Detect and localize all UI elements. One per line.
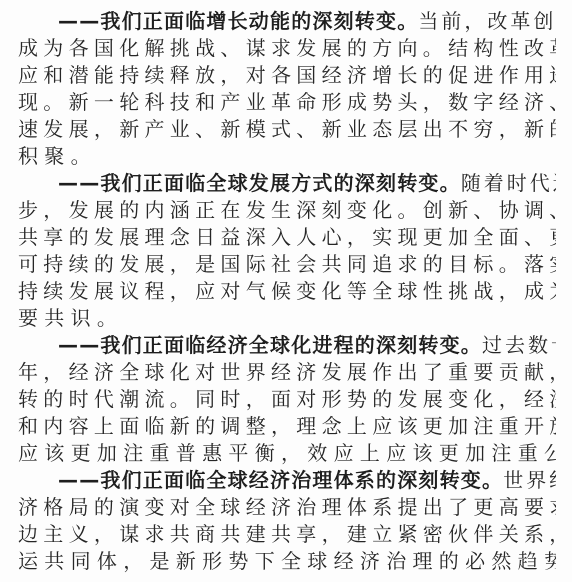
paragraph-text: 和内容上面临新的调整，理念上应该更加注重开放包容，方向上: [18, 414, 556, 438]
paragraph-text: 可持续的发展，是国际社会共同追求的目标。落实2030年可: [18, 252, 556, 276]
paragraph-text: 积聚。: [18, 144, 97, 168]
paragraph-first-line: ——我们正面临全球经济治理体系的深刻转变。世界经: [18, 467, 556, 494]
paragraph-line: 济格局的演变对全球经济治理体系提出了更高要求。坚持多: [18, 494, 556, 521]
paragraph-line: 速发展，新产业、新模式、新业态层出不穷，新的增长动能不断: [18, 116, 556, 143]
paragraph-line: 要共识。: [18, 305, 556, 332]
paragraph-text: 应该更加注重普惠平衡，效应上应该更加注重公正共赢。: [18, 441, 556, 465]
paragraph-line: 边主义，谋求共商共建共享，建立紧密伙伴关系，构建人类命: [18, 521, 556, 548]
paragraph-text: 共享的发展理念日益深入人心，实现更加全面、更有质量、更: [18, 225, 556, 249]
paragraph-lead-heading: ——我们正面临全球经济治理体系的深刻转变。: [58, 468, 503, 492]
paragraph-text: 转的时代潮流。同时，面对形势的发展变化，经济全球化在形式: [18, 387, 556, 411]
paragraph-line: 运共同体，是新形势下全球经济治理的必然趋势。: [18, 548, 556, 575]
paragraph-line: 持续发展议程，应对气候变化等全球性挑战，成为国际社会重: [18, 278, 556, 305]
paragraph-line: 成为各国化解挑战、谋求发展的方向。结构性改革的正面效: [18, 35, 556, 62]
paragraph-text: 步，发展的内涵正在发生深刻变化。创新、协调、绿色、开放、: [18, 198, 556, 222]
article-body: ——我们正面临增长动能的深刻转变。当前，改革创新 成为各国化解挑战、谋求发展的方…: [18, 8, 556, 575]
document-page: ——我们正面临增长动能的深刻转变。当前，改革创新 成为各国化解挑战、谋求发展的方…: [0, 0, 572, 582]
paragraph-text: 年，经济全球化对世界经济发展作出了重要贡献，已成为不可逆: [18, 360, 556, 384]
paragraph-text: 要共识。: [18, 306, 123, 330]
paragraph-line: 积聚。: [18, 143, 556, 170]
paragraph-line: 现。新一轮科技和产业革命形成势头，数字经济、共享经济加: [18, 89, 556, 116]
paragraph-text: 成为各国化解挑战、谋求发展的方向。结构性改革的正面效: [18, 36, 556, 60]
paragraph-lead-heading: ——我们正面临经济全球化进程的深刻转变。: [58, 333, 482, 357]
paragraph-text: 当前，改革创新: [418, 9, 556, 33]
paragraph-first-line: ——我们正面临全球发展方式的深刻转变。随着时代进: [18, 170, 556, 197]
paragraph-text: 速发展，新产业、新模式、新业态层出不穷，新的增长动能不断: [18, 117, 556, 141]
paragraph-line: 应该更加注重普惠平衡，效应上应该更加注重公正共赢。: [18, 440, 556, 467]
paragraph-first-line: ——我们正面临经济全球化进程的深刻转变。过去数十: [18, 332, 556, 359]
paragraph-lead-heading: ——我们正面临增长动能的深刻转变。: [58, 9, 418, 33]
paragraph-line: 和内容上面临新的调整，理念上应该更加注重开放包容，方向上: [18, 413, 556, 440]
paragraph-text: 济格局的演变对全球经济治理体系提出了更高要求。坚持多: [18, 495, 556, 519]
paragraph-first-line: ——我们正面临增长动能的深刻转变。当前，改革创新: [18, 8, 556, 35]
paragraph-line: 可持续的发展，是国际社会共同追求的目标。落实2030年可: [18, 251, 556, 278]
paragraph-line: 步，发展的内涵正在发生深刻变化。创新、协调、绿色、开放、: [18, 197, 556, 224]
paragraph-text: 随着时代进: [461, 171, 556, 195]
paragraph-text: 过去数十: [482, 333, 556, 357]
paragraph-text: 边主义，谋求共商共建共享，建立紧密伙伴关系，构建人类命: [18, 522, 556, 546]
paragraph-line: 共享的发展理念日益深入人心，实现更加全面、更有质量、更: [18, 224, 556, 251]
paragraph-global-development: ——我们正面临全球发展方式的深刻转变。随着时代进 步，发展的内涵正在发生深刻变化…: [18, 170, 556, 332]
paragraph-growth-momentum: ——我们正面临增长动能的深刻转变。当前，改革创新 成为各国化解挑战、谋求发展的方…: [18, 8, 556, 170]
paragraph-globalization-process: ——我们正面临经济全球化进程的深刻转变。过去数十 年，经济全球化对世界经济发展作…: [18, 332, 556, 467]
paragraph-text: 世界经: [503, 468, 556, 492]
paragraph-line: 应和潜能持续释放，对各国经济增长的促进作用进一步显: [18, 62, 556, 89]
paragraph-text: 运共同体，是新形势下全球经济治理的必然趋势。: [18, 549, 556, 573]
paragraph-text: 现。新一轮科技和产业革命形成势头，数字经济、共享经济加: [18, 90, 556, 114]
paragraph-line: 转的时代潮流。同时，面对形势的发展变化，经济全球化在形式: [18, 386, 556, 413]
paragraph-text: 持续发展议程，应对气候变化等全球性挑战，成为国际社会重: [18, 279, 556, 303]
paragraph-line: 年，经济全球化对世界经济发展作出了重要贡献，已成为不可逆: [18, 359, 556, 386]
paragraph-lead-heading: ——我们正面临全球发展方式的深刻转变。: [58, 171, 461, 195]
paragraph-text: 应和潜能持续释放，对各国经济增长的促进作用进一步显: [18, 63, 556, 87]
paragraph-economic-governance: ——我们正面临全球经济治理体系的深刻转变。世界经 济格局的演变对全球经济治理体系…: [18, 467, 556, 575]
